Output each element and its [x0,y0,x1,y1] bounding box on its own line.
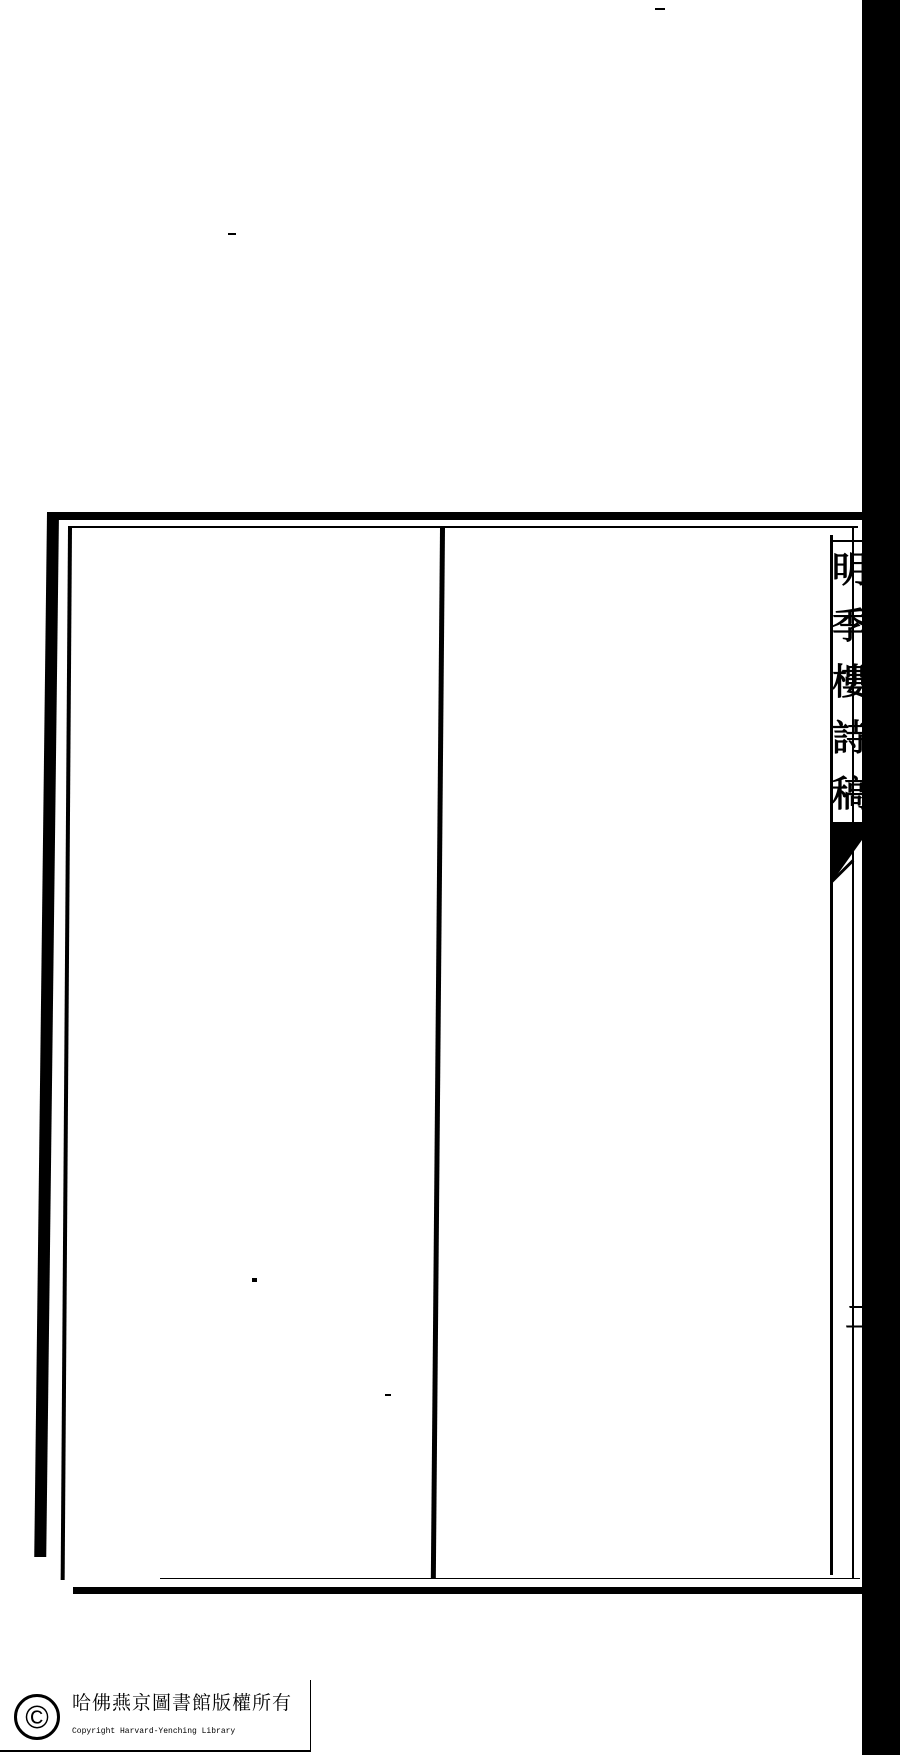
frame-border-bottom [73,1587,868,1594]
scan-speck [385,1394,391,1396]
title-char: 稿 [832,766,862,822]
copyright-chinese-text: 哈佛燕京圖書館版權所有 [72,1688,292,1715]
frame-border-top [47,512,867,520]
title-char: 詩 [832,710,862,766]
inner-frame-top [68,526,858,528]
scan-speck [252,1278,257,1282]
inner-frame-bottom [160,1578,860,1579]
title-char: 樓 [832,654,862,710]
scan-speck [228,233,236,235]
copyright-english-text: Copyright Harvard-Yenching Library [72,1727,235,1736]
book-spine-edge [862,0,900,1755]
leaf-number: 二 [845,1290,865,1339]
frame-border-left [34,512,59,1557]
title-char: 季 [832,598,862,654]
scan-speck [655,8,665,10]
inner-frame-left [61,528,72,1580]
copyright-icon: © [14,1694,60,1740]
page-center-divider [431,528,445,1578]
banxin-title: 明 季 樓 詩 稿 [832,540,862,825]
copyright-stamp: © 哈佛燕京圖書館版權所有 Copyright Harvard-Yenching… [0,1680,311,1752]
title-char: 明 [832,542,862,598]
